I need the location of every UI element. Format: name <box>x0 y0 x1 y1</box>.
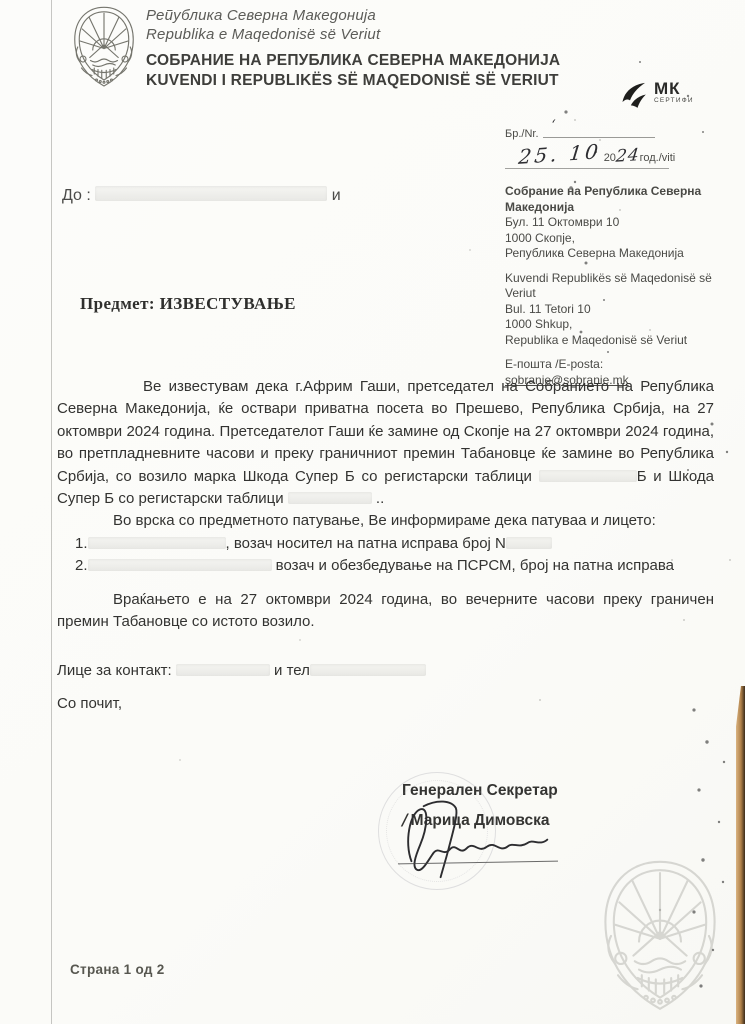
body-paragraph-1: Ве известувам дека г.Африм Гаши, претсед… <box>57 376 714 510</box>
subject-label: Предмет: <box>80 294 155 313</box>
reference-blank-line: ‘ <box>543 122 655 138</box>
letterhead: Република Северна Македонија Republika e… <box>146 6 560 90</box>
mk-cert-sublabel: СЕРТИФИ <box>654 97 694 104</box>
assembly-name-mk: СОБРАНИЕ НА РЕПУБЛИКА СЕВЕРНА МАКЕДОНИЈА <box>146 51 560 71</box>
scan-edge-stripe <box>736 686 745 1024</box>
handwritten-tick: ‘ <box>550 118 556 133</box>
handwritten-year: 24 <box>615 145 641 167</box>
signature-block: Генерален Секретар /Марица Димовска <box>402 782 642 830</box>
handwritten-signature <box>393 790 576 886</box>
address-country-sq: Republika e Maqedonisë së Veriut <box>505 333 727 349</box>
traveler-list-item-2: 2. возач и обезбедување на ПСРСМ, број н… <box>57 555 714 577</box>
subject-line: Предмет: ИЗВЕСТУВАЊЕ <box>80 294 296 314</box>
scan-edge-line <box>51 0 52 1024</box>
sender-address-block: Собрание на Република Северна Македонија… <box>505 184 727 388</box>
address-org-mk: Собрание на Република Северна Македонија <box>505 184 727 215</box>
handwritten-day-month: 25. 10 <box>517 139 602 169</box>
mk-swoosh-icon <box>620 82 650 112</box>
mk-cert-label: МК <box>654 80 694 97</box>
year-prefix: 20 <box>604 152 616 164</box>
letter-body: Ве известувам дека г.Африм Гаши, претсед… <box>57 376 714 715</box>
recipient-line: До : и <box>62 186 341 205</box>
email-label: Е-пошта /E-posta: <box>505 357 727 373</box>
address-street-mk: Бул. 11 Октомври 10 <box>505 215 727 231</box>
body-paragraph-2: Во врска со предметното патување, Ве инф… <box>57 510 714 532</box>
address-city-mk: 1000 Скопје, <box>505 231 727 247</box>
country-name-mk: Република Северна Македонија <box>146 6 560 25</box>
assembly-name-sq: KUVENDI I REPUBLIKËS SË MAQEDONISË SË VE… <box>146 71 560 91</box>
redaction <box>310 664 426 676</box>
address-city-sq: 1000 Shkup, <box>505 317 727 333</box>
redaction <box>539 470 637 482</box>
subject-value: ИЗВЕСТУВАЊЕ <box>160 294 296 313</box>
address-org-sq: Kuvendi Republikës së Maqedonisë së Veri… <box>505 271 727 302</box>
redaction <box>506 537 552 549</box>
scanned-letter-page: Република Северна Македонија Republika e… <box>0 0 745 1024</box>
redaction <box>176 664 270 676</box>
address-country-mk: Република Северна Македонија <box>505 246 727 262</box>
reference-label: Бр./Nr. <box>505 128 539 140</box>
coat-of-arms-icon <box>66 5 142 89</box>
redaction <box>88 559 272 571</box>
reference-number-block: Бр./Nr. ‘ 25. 10 2024год./viti <box>505 124 690 169</box>
mk-cert-logo: МК СЕРТИФИ <box>620 80 732 112</box>
date-line: 25. 10 2024год./viti <box>505 142 669 169</box>
body-paragraph-3: Враќањето е на 27 октомври 2024 година, … <box>57 589 714 634</box>
salutation: Со почит, <box>57 693 714 715</box>
watermark-coat-of-arms-icon <box>590 854 730 1018</box>
country-name-sq: Republika e Maqedonisë së Veriut <box>146 25 560 44</box>
redaction <box>88 537 226 549</box>
contact-line: Лице за контакт: и тел <box>57 660 714 682</box>
year-label: год./viti <box>640 152 676 164</box>
address-street-sq: Bul. 11 Tetori 10 <box>505 302 727 318</box>
redaction <box>288 492 372 504</box>
page-number: Страна 1 од 2 <box>70 962 165 977</box>
traveler-list-item-1: 1., возач носител на патна исправа број … <box>57 533 714 555</box>
redaction <box>95 186 327 201</box>
